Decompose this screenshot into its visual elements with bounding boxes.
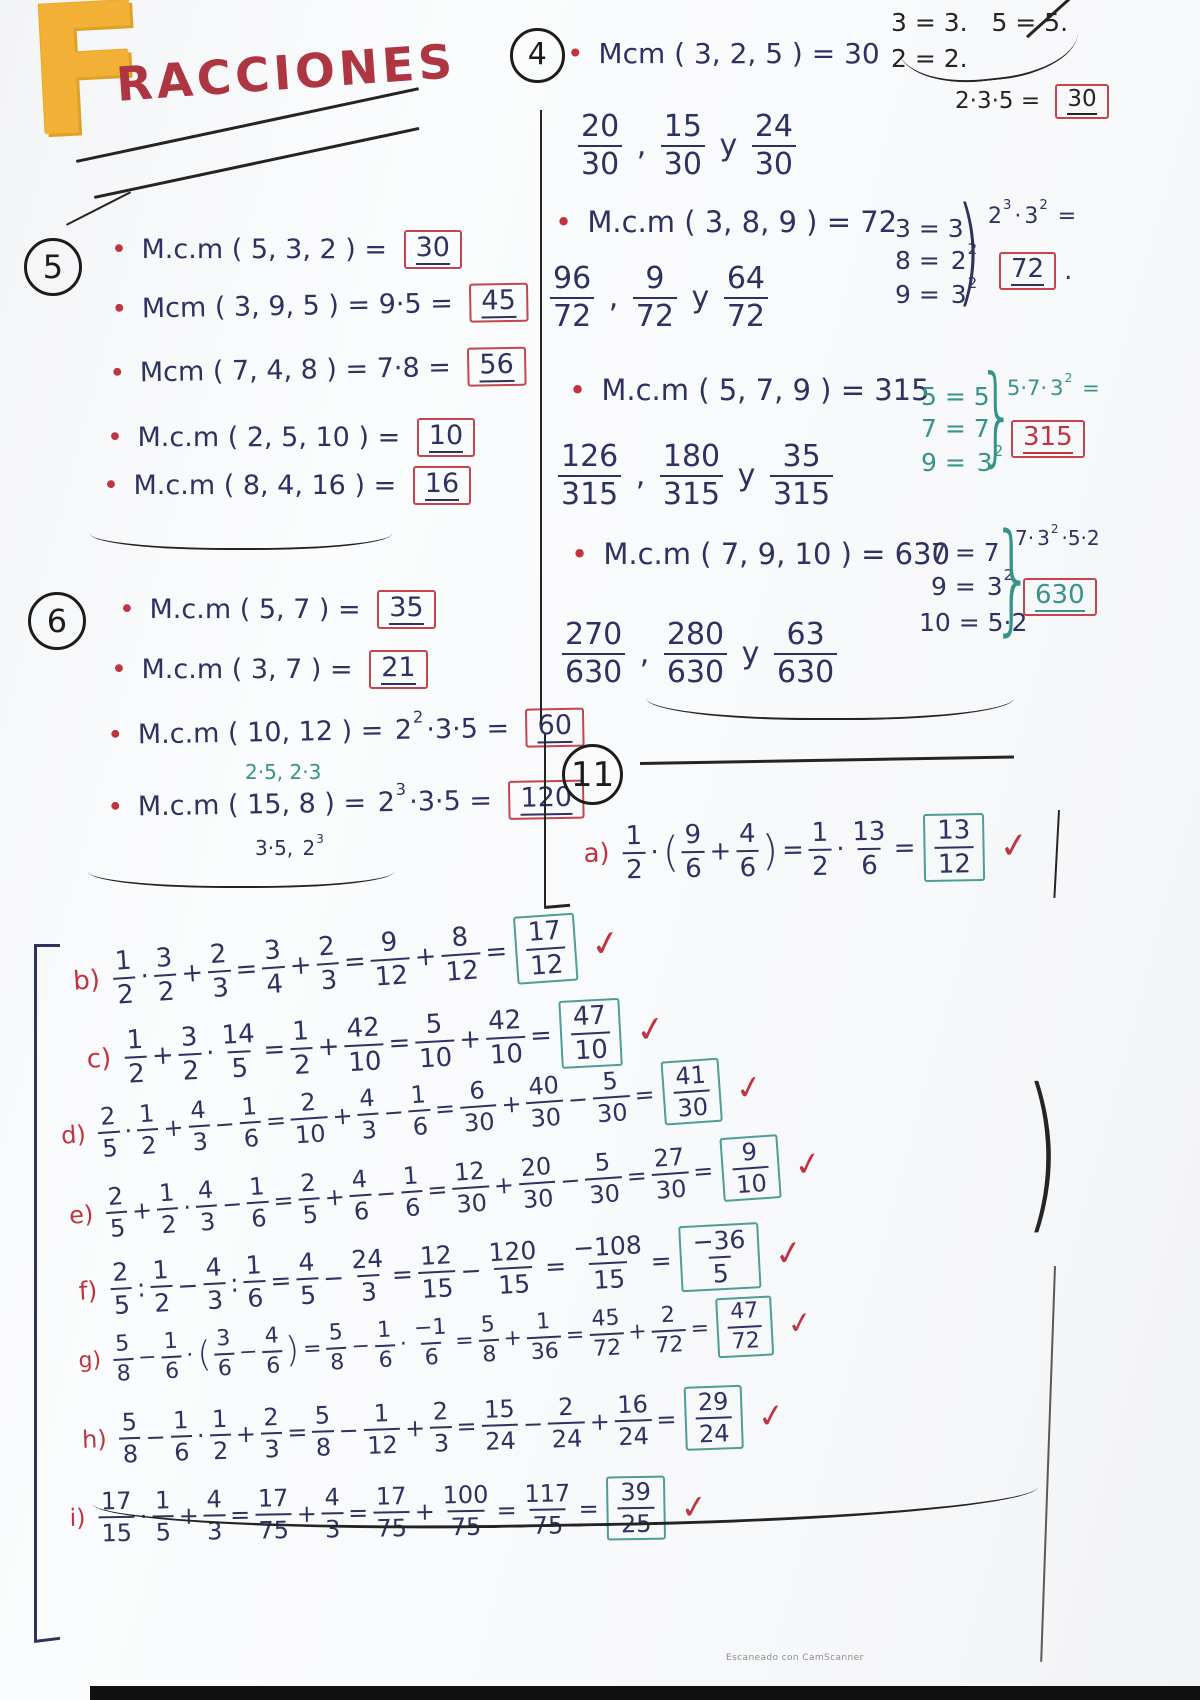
row-h-numerator: 5 [118, 1410, 140, 1438]
ex5-r4: • M.c.m ( 2, 5, 10 ) = 10 [104, 418, 480, 457]
row-h-text0: h) [82, 1427, 115, 1452]
scan-bottom-bar [90, 1686, 1200, 1700]
row-h-numerator: 1 [209, 1407, 231, 1435]
row-d-numerator: 2 [96, 1104, 119, 1132]
factor-b-3-text0: 9 = [921, 450, 974, 475]
ex6-r2-text0: • [111, 656, 136, 683]
ex5-r5-text0: • [103, 472, 128, 499]
row-a-text12: = [894, 835, 916, 861]
ex4-fracs-2-numerator: 9 [642, 264, 667, 297]
ex4-fracs-1-text1: , [627, 131, 656, 161]
row-a-fraction: 12 [622, 823, 646, 883]
factor-a-answer-text0: 72 [1011, 256, 1044, 286]
row-h-denominator: 6 [171, 1435, 193, 1465]
row-e-text20: = [626, 1163, 648, 1188]
row-e-answer-box: 910 [719, 1134, 782, 1202]
row-d-fraction: 630 [458, 1077, 498, 1135]
row-f-numerator: 2 [109, 1259, 132, 1288]
ex6-r2-text2: 21 [381, 654, 415, 685]
row-d-denominator: 30 [460, 1104, 498, 1135]
ex5-r2: • Mcm ( 3, 9, 5 ) = 9·5 = 45 [108, 283, 533, 329]
row-g-fraction: 58 [112, 1333, 135, 1386]
row-e-denominator: 10 [732, 1166, 770, 1197]
row-f-numerator: 120 [485, 1238, 540, 1269]
ex5-r4-text1: M.c.m ( 2, 5, 10 ) = [138, 424, 409, 451]
ex5-r5-text1: M.c.m ( 8, 4, 16 ) = [134, 472, 405, 499]
row-g-fraction: 58 [477, 1314, 500, 1367]
ex4-fracs-4-numerator: 280 [664, 620, 727, 653]
factor-b-answer-text0: 315 [1023, 424, 1073, 454]
ex6-r2: • M.c.m ( 3, 7 ) = 21 [108, 650, 433, 689]
row-e-denominator: 5 [298, 1197, 321, 1227]
row-b-numerator: 2 [206, 941, 231, 972]
ex5-r1: • M.c.m ( 5, 3, 2 ) = 30 [108, 230, 467, 269]
ex6-r4-note: 3·5, 23 [252, 838, 324, 858]
row-b-denominator: 2 [154, 974, 179, 1006]
row-e-fraction: 46 [348, 1167, 373, 1224]
brace-b: } [978, 374, 1016, 458]
ex6-r3-answer-box: 60 [525, 708, 584, 748]
left-bracket-bottom [34, 1637, 60, 1643]
ex6-r4-note-text0: 3·5, [255, 838, 300, 858]
factor-b-result: 5·7·32 = [1004, 378, 1103, 399]
ex5-r3-text2: 56 [479, 351, 514, 383]
row-c-text10: = [388, 1030, 411, 1057]
row-c-fraction: 145 [218, 1021, 260, 1083]
row-g-fraction: 16 [160, 1330, 183, 1383]
ex4-fracs-3-numerator: 126 [558, 442, 621, 475]
row-g-denominator: 72 [728, 1325, 763, 1354]
row-f-fraction: 45 [295, 1249, 320, 1308]
ex4-fracs-4-fraction: 63630 [774, 620, 837, 688]
row-b-denominator: 12 [371, 957, 412, 991]
row-g-fraction: 4572 [588, 1307, 625, 1361]
ex6-r3-text1: M.c.m ( 10, 12 ) = [138, 717, 393, 748]
row-f-fraction: 16 [242, 1252, 267, 1311]
row-e-denominator: 30 [519, 1181, 557, 1212]
row-b-fraction: 12 [111, 947, 138, 1008]
row-a-text2: · [650, 840, 659, 866]
row-g-fraction: −16 [411, 1316, 452, 1370]
ex4-fracs-1: 2030 , 1530 y 2430 [576, 112, 798, 180]
row-g-denominator: 72 [652, 1329, 687, 1358]
row-c-text6: = [263, 1036, 286, 1063]
row-h-fraction: 112 [363, 1401, 401, 1458]
ex4-note-result: 2·3·5 = 30 [952, 84, 1114, 119]
ex6-r1-answer-box: 35 [377, 590, 435, 629]
row-h-fraction: 23 [260, 1405, 283, 1462]
left-bracket [34, 944, 37, 1642]
row-e-fraction: 1230 [450, 1158, 490, 1216]
row-h-answer-box: 2924 [683, 1385, 744, 1451]
row-f-numerator: 4 [295, 1249, 318, 1278]
row-e-numerator: 20 [517, 1154, 555, 1183]
row-g-denominator: 72 [589, 1332, 624, 1361]
row-e-numerator: 2 [104, 1184, 127, 1212]
ex4-fracs-2-text1: , [599, 283, 628, 313]
row-b-numerator: 17 [524, 917, 565, 949]
ex5-r2-answer-box: 45 [469, 283, 528, 323]
ex6-r3-text4: 60 [537, 712, 572, 744]
ex4-head-2-text1: M.c.m ( 3, 8, 9 ) = 72 [587, 208, 897, 237]
row-f-fraction: 12015 [485, 1238, 542, 1299]
row-h-denominator: 3 [261, 1432, 283, 1462]
ex4-fracs-3-denominator: 315 [660, 475, 723, 510]
row-f-denominator: 6 [244, 1280, 267, 1311]
row-e-denominator: 2 [157, 1207, 180, 1237]
row-f-text8: = [270, 1267, 292, 1293]
row-h-fraction: 224 [547, 1394, 585, 1451]
row-e-numerator: 9 [738, 1139, 761, 1167]
row-g-denominator: 6 [214, 1353, 235, 1381]
ex4-fracs-3-denominator: 315 [558, 475, 621, 510]
row-c-fraction: 510 [414, 1011, 456, 1073]
row-a-denominator: 2 [809, 849, 832, 880]
row-d-fraction: 43 [356, 1086, 381, 1143]
factor-a-result-power: 23 [988, 206, 1011, 228]
row-a-fraction: 46 [736, 821, 760, 881]
ex5-r4-text2: 10 [429, 422, 463, 453]
row-h-denominator: 24 [615, 1419, 653, 1449]
ex4-fracs-3: 126315 , 180315 y 35315 [556, 442, 835, 510]
ex4-head-text0: • [567, 40, 592, 68]
row-e-text14: = [426, 1177, 448, 1202]
row-c-answer-box: 4710 [558, 998, 623, 1069]
row-d-denominator: 6 [409, 1109, 432, 1139]
row-c-text0: c) [86, 1045, 120, 1073]
row-g-text16: = [455, 1330, 475, 1353]
ex6-r4-text0: • [107, 794, 132, 821]
row-d-denominator: 5 [98, 1131, 121, 1161]
row-e-numerator: 1 [399, 1163, 422, 1191]
factor-b-answer: 315 [1006, 420, 1090, 458]
row-e-fraction: 16 [399, 1163, 424, 1220]
row-d-fraction: 43 [187, 1097, 212, 1154]
row-d-text12: − [383, 1100, 405, 1125]
ex4-circle-number: 4 [510, 28, 565, 83]
row-d-text6: − [214, 1112, 236, 1137]
row-f-denominator: 15 [494, 1266, 533, 1298]
row-h-text14: = [456, 1414, 477, 1439]
ex4-fracs-3-fraction: 180315 [660, 442, 723, 510]
row-g-denominator: 8 [479, 1339, 500, 1367]
row-a-denominator: 2 [623, 852, 646, 883]
row-f-denominator: 3 [357, 1274, 380, 1305]
row-e-fraction: 2030 [517, 1154, 557, 1212]
ex6-separator [88, 870, 394, 888]
row-f-denominator: 3 [203, 1282, 226, 1313]
row-h-text8: = [287, 1420, 308, 1445]
row-h-denominator: 8 [119, 1437, 141, 1467]
ex6-r2-text1: M.c.m ( 3, 7 ) = [142, 656, 362, 683]
row-g-numerator: 45 [588, 1307, 623, 1334]
row-g-numerator: 1 [533, 1311, 554, 1337]
factor-a-result: 23·32 = [988, 206, 1079, 228]
row-d-denominator: 6 [240, 1121, 263, 1151]
ex4-fracs-4: 270630 , 280630 y 63630 [560, 620, 839, 688]
factor-c-2-text0: 9 = [931, 574, 984, 599]
row-g-numerator: 1 [160, 1330, 181, 1356]
factor-a-answer-answer-box: 72 [999, 252, 1056, 290]
row-a-right-tick [1053, 810, 1060, 898]
row-a-fraction: 136 [849, 819, 889, 880]
row-e-text4: · [183, 1195, 192, 1219]
row-c-denominator: 10 [486, 1036, 527, 1069]
row-f-numerator: 4 [202, 1254, 225, 1283]
ex4-fracs-2-numerator: 64 [724, 264, 768, 297]
row-g-denominator: 8 [113, 1358, 134, 1386]
row-b-numerator: 3 [152, 945, 177, 976]
ex5-r2-text0: • [111, 296, 136, 323]
ex5-r1-answer-box: 30 [404, 230, 462, 269]
row-d-fraction: 16 [238, 1094, 263, 1151]
row-h-denominator: 24 [482, 1424, 520, 1454]
ex6-r3-text3: ·3·5 = [426, 715, 518, 744]
row-g-text14: · [399, 1334, 407, 1356]
ex6-r4: • M.c.m ( 15, 8 ) = 23·3·5 = 120 [104, 780, 589, 827]
row-c-denominator: 2 [124, 1056, 148, 1088]
row-e-numerator: 27 [650, 1144, 688, 1173]
row-d-fraction: 12 [135, 1101, 160, 1158]
ex4-fracs-1-denominator: 30 [752, 145, 796, 180]
row-d-numerator: 1 [238, 1094, 261, 1122]
row-e-denominator: 6 [401, 1190, 424, 1220]
row-a-denominator: 12 [935, 846, 975, 878]
row-h-numerator: 2 [260, 1405, 282, 1433]
ex6-r3-note-text0: 2·5, 2·3 [245, 762, 321, 782]
ex4-fracs-3-fraction: 35315 [770, 442, 833, 510]
row-e-denominator: 30 [585, 1176, 623, 1207]
row-d-denominator: 30 [526, 1100, 564, 1131]
row-g-numerator: 4 [261, 1325, 282, 1351]
check-icon: ✓ [792, 1146, 824, 1183]
ex6-r4-text1: M.c.m ( 15, 8 ) = [138, 789, 375, 820]
ex5-r1-text0: • [111, 236, 136, 263]
ex4-head-2-text0: • [555, 208, 581, 237]
row-g-fraction: 272 [650, 1304, 687, 1358]
row-f-text18: = [650, 1247, 672, 1273]
row-b-fraction: 32 [152, 945, 179, 1006]
ex4-fracs-3-text1: , [626, 461, 655, 491]
row-e-fraction: 910 [730, 1139, 770, 1197]
row-g-text20: = [565, 1324, 585, 1347]
row-g-fraction: 136 [526, 1311, 563, 1365]
check-icon: ✓ [588, 925, 623, 965]
ex5-r5-text2: 16 [425, 470, 459, 501]
row-b-text14: = [485, 938, 509, 965]
factor-a-1-text0: 3 = 3 [895, 216, 964, 241]
ex6-r3-power: 22 [395, 716, 424, 743]
ex5-r5: • M.c.m ( 8, 4, 16 ) = 16 [100, 466, 476, 505]
row-e-denominator: 6 [350, 1194, 373, 1224]
factor-c-result-text2: ·5·2 [1061, 528, 1099, 548]
row-a-numerator: 4 [736, 821, 759, 850]
row-h-numerator: 1 [170, 1408, 192, 1436]
row-g-denominator: 6 [161, 1355, 182, 1383]
row-a-paren: ( [662, 831, 679, 873]
row-g-fraction: 58 [325, 1322, 348, 1375]
row-e-text16: + [493, 1173, 515, 1198]
ex4-head: • Mcm ( 3, 2, 5 ) = 30 [564, 40, 883, 68]
ex4-head-4: • M.c.m ( 7, 9, 10 ) = 630 [568, 540, 953, 569]
row-b-fraction: 23 [314, 933, 341, 994]
row-c-fraction: 4210 [343, 1014, 385, 1076]
brace-c: } [992, 532, 1034, 626]
row-c-numerator: 1 [123, 1027, 147, 1057]
row-c-denominator: 10 [415, 1040, 456, 1073]
row-g-fraction: 16 [374, 1319, 397, 1372]
ex6-r1-text1: M.c.m ( 5, 7 ) = [150, 596, 370, 623]
row-g-fraction: 4772 [727, 1300, 764, 1354]
row-e-denominator: 5 [106, 1211, 129, 1241]
check-icon: ✓ [633, 1011, 668, 1050]
factor-a-3-text0: 9 = [895, 282, 948, 307]
ex4-fracs-4-fraction: 270630 [562, 620, 625, 688]
row-d-text14: = [434, 1096, 456, 1121]
row-f-fraction: 25 [109, 1259, 134, 1318]
row-g-text24: = [690, 1318, 710, 1341]
row-c-denominator: 10 [571, 1031, 612, 1064]
row-c-denominator: 2 [179, 1053, 203, 1085]
row-e-numerator: 4 [348, 1167, 371, 1195]
ex4-fracs-2-denominator: 72 [633, 297, 677, 332]
ex5-circle: 5 [24, 238, 82, 296]
row-d-numerator: 5 [599, 1069, 622, 1097]
row-e-numerator: 1 [245, 1174, 268, 1202]
row-c-numerator: 42 [485, 1007, 526, 1038]
row-f-denominator: 15 [418, 1270, 457, 1302]
row-f-denominator: 5 [709, 1256, 732, 1287]
row-h-text10: − [338, 1418, 359, 1443]
row-d-text16: + [501, 1092, 523, 1117]
row-e-text10: + [324, 1184, 346, 1209]
row-e-denominator: 3 [196, 1204, 219, 1234]
row-f-fraction: 43 [202, 1254, 227, 1313]
ex4-fracs-2-denominator: 72 [724, 297, 768, 332]
row-c-fraction: 32 [177, 1024, 203, 1085]
row-f-text10: − [323, 1264, 345, 1290]
ex11-rule [640, 755, 1014, 765]
row-b-text6: = [235, 956, 259, 983]
row-a-numerator: 13 [849, 819, 889, 849]
row-f-fraction: −10815 [570, 1232, 648, 1294]
row-b-numerator: 2 [314, 933, 339, 964]
check-icon: ✓ [756, 1398, 787, 1434]
row-e-fraction: 43 [194, 1177, 219, 1234]
row-b-fraction: 34 [260, 937, 287, 998]
row-d-numerator: 4 [187, 1097, 210, 1125]
row-g-denominator: 6 [421, 1342, 442, 1370]
row-i-text0: i) [69, 1506, 93, 1530]
row-d-fraction: 25 [96, 1104, 121, 1161]
ex4-fracs-3-text3: y [728, 461, 765, 491]
row-e-fraction: 530 [583, 1149, 623, 1207]
row-e-text12: − [375, 1181, 397, 1206]
row-g-denominator: 36 [527, 1336, 562, 1365]
row-g-fraction: 46 [261, 1325, 284, 1378]
row-c-numerator: 5 [422, 1011, 446, 1041]
ex5-r1-text1: M.c.m ( 5, 3, 2 ) = [142, 236, 396, 263]
factor-c-1-text0: 7 = 7 [931, 540, 1000, 565]
row-h-text12: + [405, 1416, 426, 1441]
row-h-fraction: 16 [170, 1408, 193, 1465]
row-d-fraction: 210 [289, 1089, 329, 1147]
row-c-numerator: 14 [218, 1021, 259, 1052]
row-b-text12: + [414, 943, 438, 970]
row-f-text12: = [391, 1261, 413, 1287]
row-g-numerator: 1 [374, 1319, 395, 1345]
ex4-fracs-4-denominator: 630 [664, 653, 727, 688]
row-d-text20: = [634, 1082, 656, 1107]
row-f-numerator: −36 [689, 1227, 749, 1258]
row-g-numerator: 5 [112, 1333, 133, 1359]
row-b-text0: b) [72, 966, 109, 994]
row-h-denominator: 8 [312, 1430, 334, 1460]
ex4-head-2: • M.c.m ( 3, 8, 9 ) = 72 [552, 208, 900, 237]
ex5-separator [90, 532, 392, 550]
rightcol-squiggle [646, 696, 1014, 720]
row-b-denominator: 12 [441, 952, 482, 986]
factor-a-answer: 72. [994, 252, 1075, 290]
row-e-numerator: 2 [297, 1170, 320, 1198]
row-b-fraction: 812 [439, 923, 482, 986]
check-icon: ✓ [773, 1235, 806, 1273]
row-h-denominator: 3 [430, 1426, 452, 1456]
ex6-r4-text3: ·3·5 = [409, 787, 501, 816]
row-g-numerator: 2 [657, 1304, 678, 1330]
row-h-text4: · [197, 1424, 205, 1448]
row-e-denominator: 30 [452, 1185, 490, 1216]
row-b-denominator: 12 [526, 946, 567, 980]
row-b-fraction: 1712 [524, 917, 567, 980]
ex4-fracs-4-text1: , [630, 639, 659, 669]
row-d-text0: d) [60, 1121, 94, 1147]
row-a-numerator: 1 [808, 820, 831, 849]
ex4-fracs-2-text3: y [682, 283, 719, 313]
factor-c-answer-answer-box: 630 [1023, 578, 1097, 616]
row-g-denominator: 6 [262, 1350, 283, 1378]
row-d-numerator: 1 [135, 1101, 158, 1129]
row-a-text5: + [709, 838, 731, 864]
row-h-numerator: 29 [694, 1389, 731, 1417]
ex4-fracs-2-fraction: 9672 [550, 264, 594, 332]
row-c-numerator: 47 [569, 1002, 610, 1033]
row-h-fraction: 12 [209, 1407, 232, 1464]
row-h-denominator: 2 [210, 1434, 232, 1464]
row-g-numerator: 5 [477, 1314, 498, 1340]
row-h-numerator: 2 [555, 1395, 577, 1423]
row-i-denominator: 15 [98, 1516, 135, 1546]
ex4-note-result-answer-box: 30 [1055, 84, 1108, 119]
row-g-text4: · [186, 1345, 194, 1367]
ex4-fracs-4-denominator: 630 [562, 653, 625, 688]
row-c-text4: · [206, 1040, 216, 1066]
ex4-fracs-4-numerator: 270 [562, 620, 625, 653]
ex4-head-3-text0: • [569, 376, 595, 405]
left-bracket-top [34, 944, 60, 947]
row-f-text4: − [177, 1272, 199, 1298]
ex4-fracs-2-numerator: 96 [550, 264, 594, 297]
row-f-text16: = [544, 1253, 566, 1279]
ex4-fracs-1-fraction: 2030 [578, 112, 622, 180]
row-c-text12: + [459, 1026, 482, 1053]
row-c-fraction: 4710 [569, 1002, 611, 1064]
row-g-paren: ( [196, 1337, 212, 1373]
ex4-head-4-text1: M.c.m ( 7, 9, 10 ) = 630 [603, 540, 950, 569]
ex4-fracs-1-numerator: 20 [578, 112, 622, 145]
row-g-text12: − [351, 1336, 371, 1359]
row-a: a) 12·(96+46)=12·136=1312✓ [580, 812, 1030, 888]
